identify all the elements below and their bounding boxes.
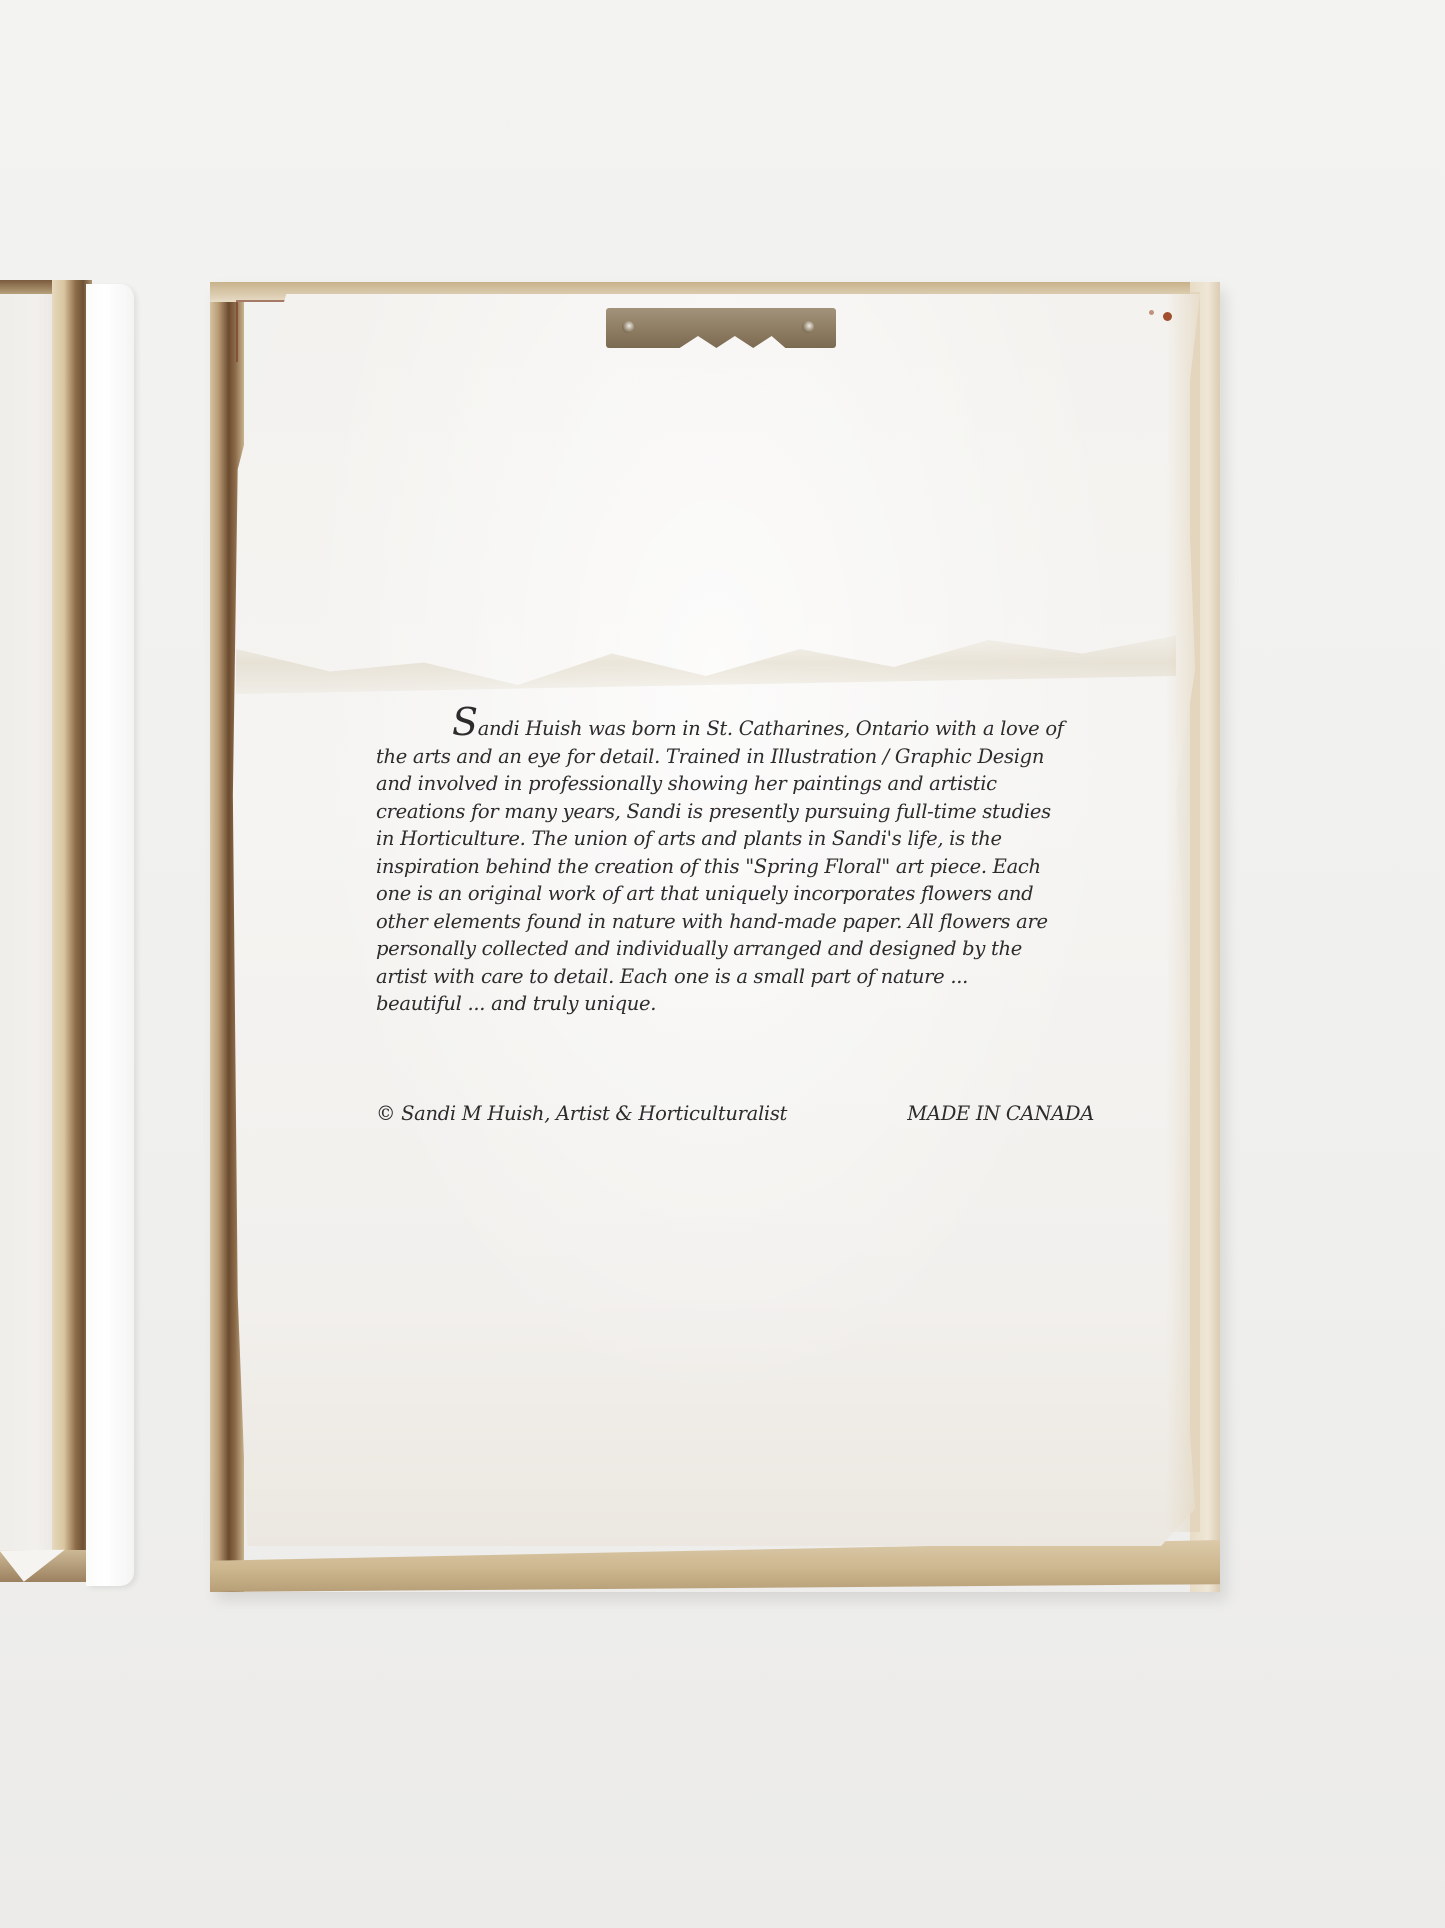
label-line: artist with care to detail. Each one is … — [376, 963, 1096, 991]
label-line: beautiful ... and truly unique. — [376, 990, 1096, 1018]
frame-bottom-rail — [210, 1540, 1220, 1592]
label-line: creations for many years, Sandi is prese… — [376, 798, 1096, 826]
origin-text: MADE IN CANADA — [907, 1102, 1094, 1125]
edge-wear — [1166, 292, 1200, 1532]
label-line: and involved in professionally showing h… — [376, 770, 1096, 798]
left-frame-white-edge — [86, 284, 134, 1586]
label-line: in Horticulture. The union of arts and p… — [376, 825, 1096, 853]
label-line: the arts and an eye for detail. Trained … — [376, 743, 1096, 771]
copyright-text: © Sandi M Huish, Artist & Horticulturali… — [376, 1102, 787, 1125]
label-line: other elements found in nature with hand… — [376, 908, 1096, 936]
nail-icon — [622, 321, 634, 333]
label-line: inspiration behind the creation of this … — [376, 853, 1096, 881]
rust-spot — [1163, 312, 1172, 321]
label-line: Sandi Huish was born in St. Catharines, … — [376, 712, 1096, 743]
nail-icon — [802, 321, 814, 333]
label-footer: © Sandi M Huish, Artist & Horticulturali… — [376, 1102, 1094, 1125]
left-frame-partial — [0, 280, 145, 1590]
artist-label: Sandi Huish was born in St. Catharines, … — [376, 712, 1096, 1018]
rust-spot — [1149, 310, 1154, 315]
sawtooth-hanger-icon — [606, 308, 836, 348]
drop-cap: S — [452, 700, 478, 744]
label-line: personally collected and individually ar… — [376, 935, 1096, 963]
left-frame-backing-paper — [0, 292, 56, 1554]
label-line: one is an original work of art that uniq… — [376, 880, 1096, 908]
